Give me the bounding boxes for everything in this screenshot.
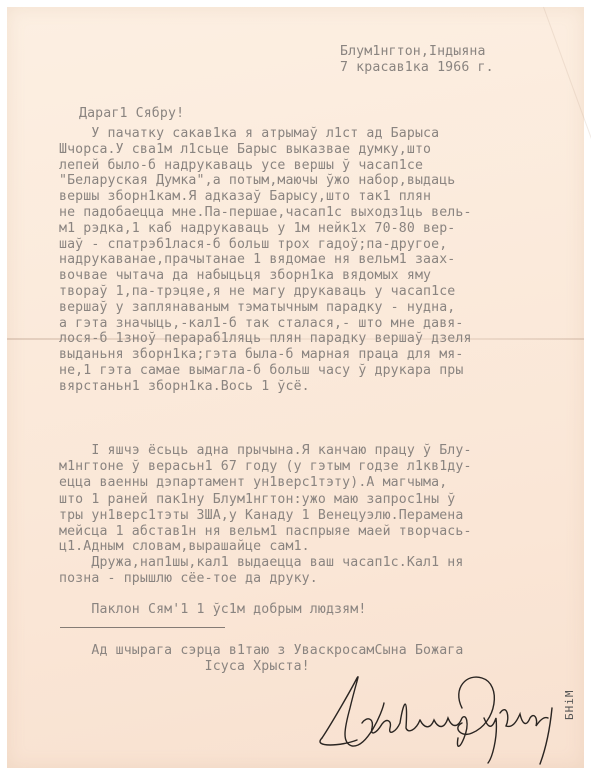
typed-line: не падобаецца мне.Па-першае,часап1с выхо…	[59, 205, 472, 221]
typed-line: ц1.Адным словам,вырашайце сам1.	[59, 539, 472, 555]
typed-line: м1 рэдка,1 каб надрукаваць у 1м нейк1х 7…	[59, 221, 472, 237]
typed-line: Паклон Сям'1 1 ўс1м добрым людзям!	[59, 602, 366, 618]
typed-line: вярстаньн1 зборн1ка.Вось 1 ўсё.	[59, 379, 472, 395]
paragraph-5: Паклон Сям'1 1 ўс1м добрым людзям!	[59, 602, 366, 618]
typed-line: шаў - спатрэб1лася-б больш трох гадоў;па…	[59, 237, 472, 253]
paragraph-4: Дружа,нап1шы,кал1 выдаецца ваш часап1с.К…	[59, 555, 463, 587]
typed-line: позна - прышлю сёе-тое да друку.	[59, 571, 463, 587]
typed-line: тры ун1верс1тэты ЗША,у Канаду 1 Венецуэл…	[59, 508, 472, 524]
typed-line: вершы зборн1кам.Я адказаў Барысу,што так…	[59, 189, 472, 205]
typed-line: ецца ваенны дэпартамент ун1верс1тэту).А …	[59, 475, 472, 491]
typed-line: вочвае чытача да набыцьця зборн1ка вядом…	[59, 268, 472, 284]
typed-line: "Беларуская Думка",а потым,маючы ўжо наб…	[59, 173, 472, 189]
typed-line: што 1 раней пак1ну Блум1нгтон:ужо маю за…	[59, 492, 472, 508]
typed-line: лепей было-б надрукаваць усе вершы ў час…	[59, 158, 472, 174]
typed-line: Шчорса.У сва1м л1сьце Барыс выказвае дум…	[59, 142, 472, 158]
typed-line: Ад шчырага сэрца в1таю з УваскросамСына …	[59, 643, 463, 659]
typed-line: твораў 1,па-трэцяе,я не магу друкаваць у…	[59, 284, 472, 300]
archive-stamp: БНіМ	[563, 690, 576, 721]
typed-line: м1нгтоне ў верасьн1 67 году (у гэтым год…	[59, 459, 472, 475]
typed-line: І яшчэ ёсьць адна прычына.Я канчаю працу…	[59, 443, 472, 459]
typed-line: не,1 гэта самае вымагла-б больш часу ў д…	[59, 363, 472, 379]
typed-line: надрукаванае,прачытанае 1 вядомае ня вел…	[59, 252, 472, 268]
typed-line: выданьня зборн1ка;гэта была-б марная пра…	[59, 347, 472, 363]
typed-line: а гэта значыць,-кал1-б так сталася,- што…	[59, 316, 472, 332]
typed-line: У пачатку сакав1ка я атрымаў л1ст ад Бар…	[59, 126, 472, 142]
header-date: 7 красав1ка 1966 г.	[340, 60, 494, 76]
separator-line	[60, 627, 225, 628]
typed-line: лося-б 1зноў перараб1ляць плян парадку в…	[59, 331, 472, 347]
paragraph-1: У пачатку сакав1ка я атрымаў л1ст ад Бар…	[59, 126, 472, 395]
paper-crease	[543, 7, 591, 139]
letter-header: Блум1нгтон,Індыяна7 красав1ка 1966 г.	[340, 44, 494, 76]
header-place: Блум1нгтон,Індыяна	[340, 44, 494, 60]
typed-line: вершаў у заплянаваным тэматычным парадку…	[59, 300, 472, 316]
handwritten-signature	[312, 668, 562, 768]
typed-line: Дружа,нап1шы,кал1 выдаецца ваш часап1с.К…	[59, 555, 463, 571]
letter-greeting: Дараг1 Сябру!	[79, 106, 184, 122]
paragraph-3: што 1 раней пак1ну Блум1нгтон:ужо маю за…	[59, 492, 472, 555]
typed-line: мейсца 1 абстав1н ня вельм1 паспрыяе мае…	[59, 524, 472, 540]
paragraph-2: І яшчэ ёсьць адна прычына.Я канчаю працу…	[59, 443, 472, 490]
